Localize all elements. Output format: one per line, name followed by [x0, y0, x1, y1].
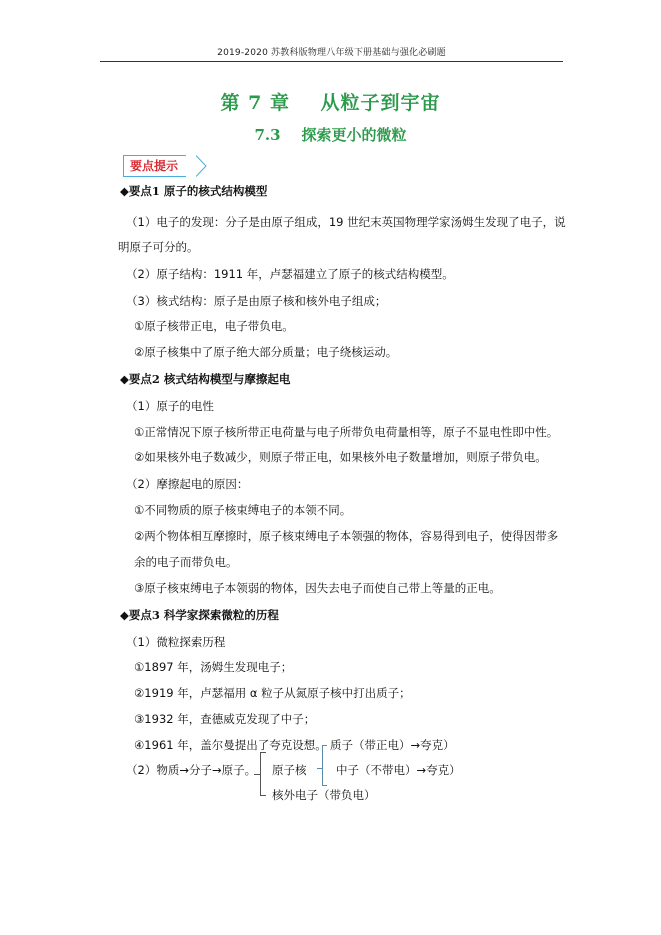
diagram-lead: （2）物质→分子→原子。	[126, 763, 256, 777]
key-point-2-heading: ◆要点2 核式结构模型与摩擦起电	[120, 372, 290, 386]
kp2-line-8: ③原子核束缚电子本领弱的物体，因失去电子而使自己带上等量的正电。	[134, 581, 501, 595]
chapter-title: 第 7 章 从粒子到宇宙	[0, 88, 661, 115]
kp1-line-4: （3）核式结构：原子是由原子核和核外电子组成；	[126, 294, 386, 308]
key-point-3-heading: ◆要点3 科学家探索微粒的历程	[120, 608, 279, 622]
diagram-nucleus: 原子核	[272, 763, 307, 777]
nucleus-bracket-top	[322, 745, 327, 746]
kp2-line-4: （2）摩擦起电的原因：	[126, 477, 248, 491]
kp1-line-6: ②原子核集中了原子绝大部分质量；电子绕核运动。	[134, 345, 397, 359]
atom-bracket-bottom	[260, 795, 266, 796]
kp1-line-5: ①原子核带正电，电子带负电。	[134, 319, 294, 333]
key-point-1-heading: ◆要点1 原子的核式结构模型	[120, 184, 267, 198]
diagram-neutron: 中子（不带电）→夸克）	[336, 763, 461, 777]
header-divider	[100, 61, 563, 62]
kp3-line-1: （1）微粒探索历程	[126, 635, 225, 649]
running-header: 2019-2020 苏教科版物理八年级下册基础与强化必刷题	[100, 45, 563, 58]
kp2-line-5: ①不同物质的原子核束缚电子的本领不同。	[134, 503, 351, 517]
section-title: 7.3 探索更小的微粒	[0, 124, 661, 145]
key-hints-label: 要点提示	[130, 159, 178, 173]
key-hints-badge: 要点提示	[123, 155, 186, 177]
kp1-line-1: （1）电子的发现：分子是由原子组成，19 世纪末英国物理学家汤姆生发现了电子，说	[126, 215, 566, 229]
kp2-line-7: 余的电子而带负电。	[134, 555, 238, 569]
kp2-line-2: ①正常情况下原子核所带正电荷量与电子所带负电荷量相等，原子不显电性即中性。	[134, 425, 558, 439]
nucleus-bracket-stem	[317, 768, 323, 769]
atom-bracket-stem	[254, 774, 261, 775]
kp2-line-3: ②如果核外电子数减少，则原子带正电，如果核外电子数量增加，则原子带负电。	[134, 450, 547, 464]
atom-bracket-top	[260, 752, 266, 753]
kp3-line-4: ③1932 年，查德威克发现了中子；	[134, 712, 315, 726]
kp2-line-6: ②两个物体相互摩擦时，原子核束缚电子本领强的物体，容易得到电子，使得因带多	[134, 529, 558, 543]
kp1-line-3: （2）原子结构：1911 年，卢瑟福建立了原子的核式结构模型。	[126, 267, 454, 281]
kp3-line-2: ①1897 年，汤姆生发现电子；	[134, 660, 292, 674]
diagram-proton: 质子（带正电）→夸克）	[330, 738, 455, 752]
kp2-line-1: （1）原子的电性	[126, 399, 214, 413]
nucleus-bracket	[322, 745, 323, 786]
nucleus-bracket-bottom	[322, 785, 327, 786]
kp3-line-5: ④1961 年，盖尔曼提出了夸克设想。	[134, 738, 327, 752]
kp3-line-3: ②1919 年，卢瑟福用 α 粒子从氮原子核中打出质子；	[134, 686, 411, 700]
diagram-electrons: 核外电子（带负电）	[272, 788, 376, 802]
kp1-line-2: 明原子可分的。	[118, 240, 199, 254]
